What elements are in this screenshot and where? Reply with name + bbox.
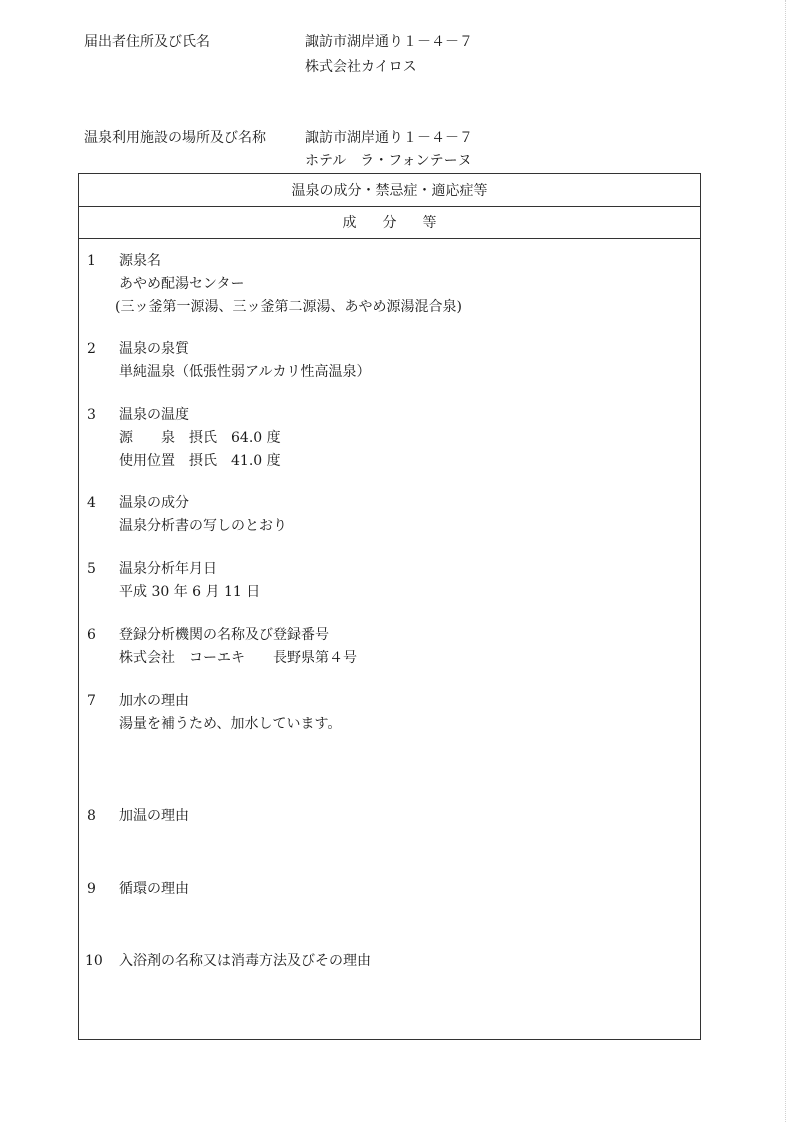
item-number: 8	[87, 805, 111, 828]
item-title: 温泉の成分	[119, 492, 287, 515]
table-subtitle-row: 成 分 等	[79, 206, 700, 239]
item-line: 株式会社 コーエキ 長野県第４号	[119, 647, 357, 670]
item-title: 温泉分析年月日	[119, 558, 260, 581]
facility-address: 諏訪市湖岸通り１－４－７	[305, 128, 473, 148]
scan-edge-line	[785, 0, 786, 1122]
item-title: 源泉名	[119, 250, 462, 273]
item-title: 温泉の泉質	[119, 338, 370, 361]
item-number: 3	[87, 404, 111, 427]
item-line: (三ッ釜第一源湯、三ッ釜第二源湯、あやめ源湯混合泉)	[115, 296, 462, 319]
subtitle-char: 等	[423, 212, 437, 232]
item-title: 加水の理由	[119, 690, 341, 713]
item-number: 9	[87, 878, 111, 901]
item-number: 10	[85, 950, 109, 973]
item-number: 7	[87, 690, 111, 713]
item-title: 加温の理由	[119, 805, 189, 828]
item-line: 温泉分析書の写しのとおり	[119, 515, 287, 538]
item-number: 4	[87, 492, 111, 515]
table-title-row: 温泉の成分・禁忌症・適応症等	[79, 174, 700, 207]
item-line: 使用位置 摂氏 41.0 度	[119, 450, 281, 473]
subtitle-char: 成	[343, 212, 357, 232]
item-line: あやめ配湯センター	[119, 273, 462, 296]
item-number: 1	[87, 250, 111, 273]
item-title: 登録分析機関の名称及び登録番号	[119, 624, 357, 647]
item-number: 5	[87, 558, 111, 581]
notifier-address: 諏訪市湖岸通り１－４－７	[305, 32, 473, 52]
facility-name: ホテル ラ・フォンテーヌ	[305, 151, 472, 171]
table-title: 温泉の成分・禁忌症・適応症等	[292, 180, 488, 200]
item-number: 2	[87, 338, 111, 361]
item-number: 6	[87, 624, 111, 647]
notifier-name: 株式会社カイロス	[305, 57, 417, 77]
onsen-info-table: 温泉の成分・禁忌症・適応症等 成 分 等 1 源泉名 あやめ配湯センター (三ッ…	[78, 173, 701, 1040]
subtitle-char: 分	[383, 212, 397, 232]
item-line: 源 泉 摂氏 64.0 度	[119, 427, 281, 450]
item-title: 循環の理由	[119, 878, 189, 901]
facility-label: 温泉利用施設の場所及び名称	[84, 128, 266, 148]
item-title: 入浴剤の名称又は消毒方法及びその理由	[119, 950, 371, 973]
item-line: 湯量を補うため、加水しています。	[119, 713, 341, 736]
item-title: 温泉の温度	[119, 404, 281, 427]
notifier-label: 届出者住所及び氏名	[84, 32, 210, 52]
item-line: 平成 30 年 6 月 11 日	[119, 581, 260, 604]
item-line: 単純温泉（低張性弱アルカリ性高温泉）	[119, 361, 370, 384]
